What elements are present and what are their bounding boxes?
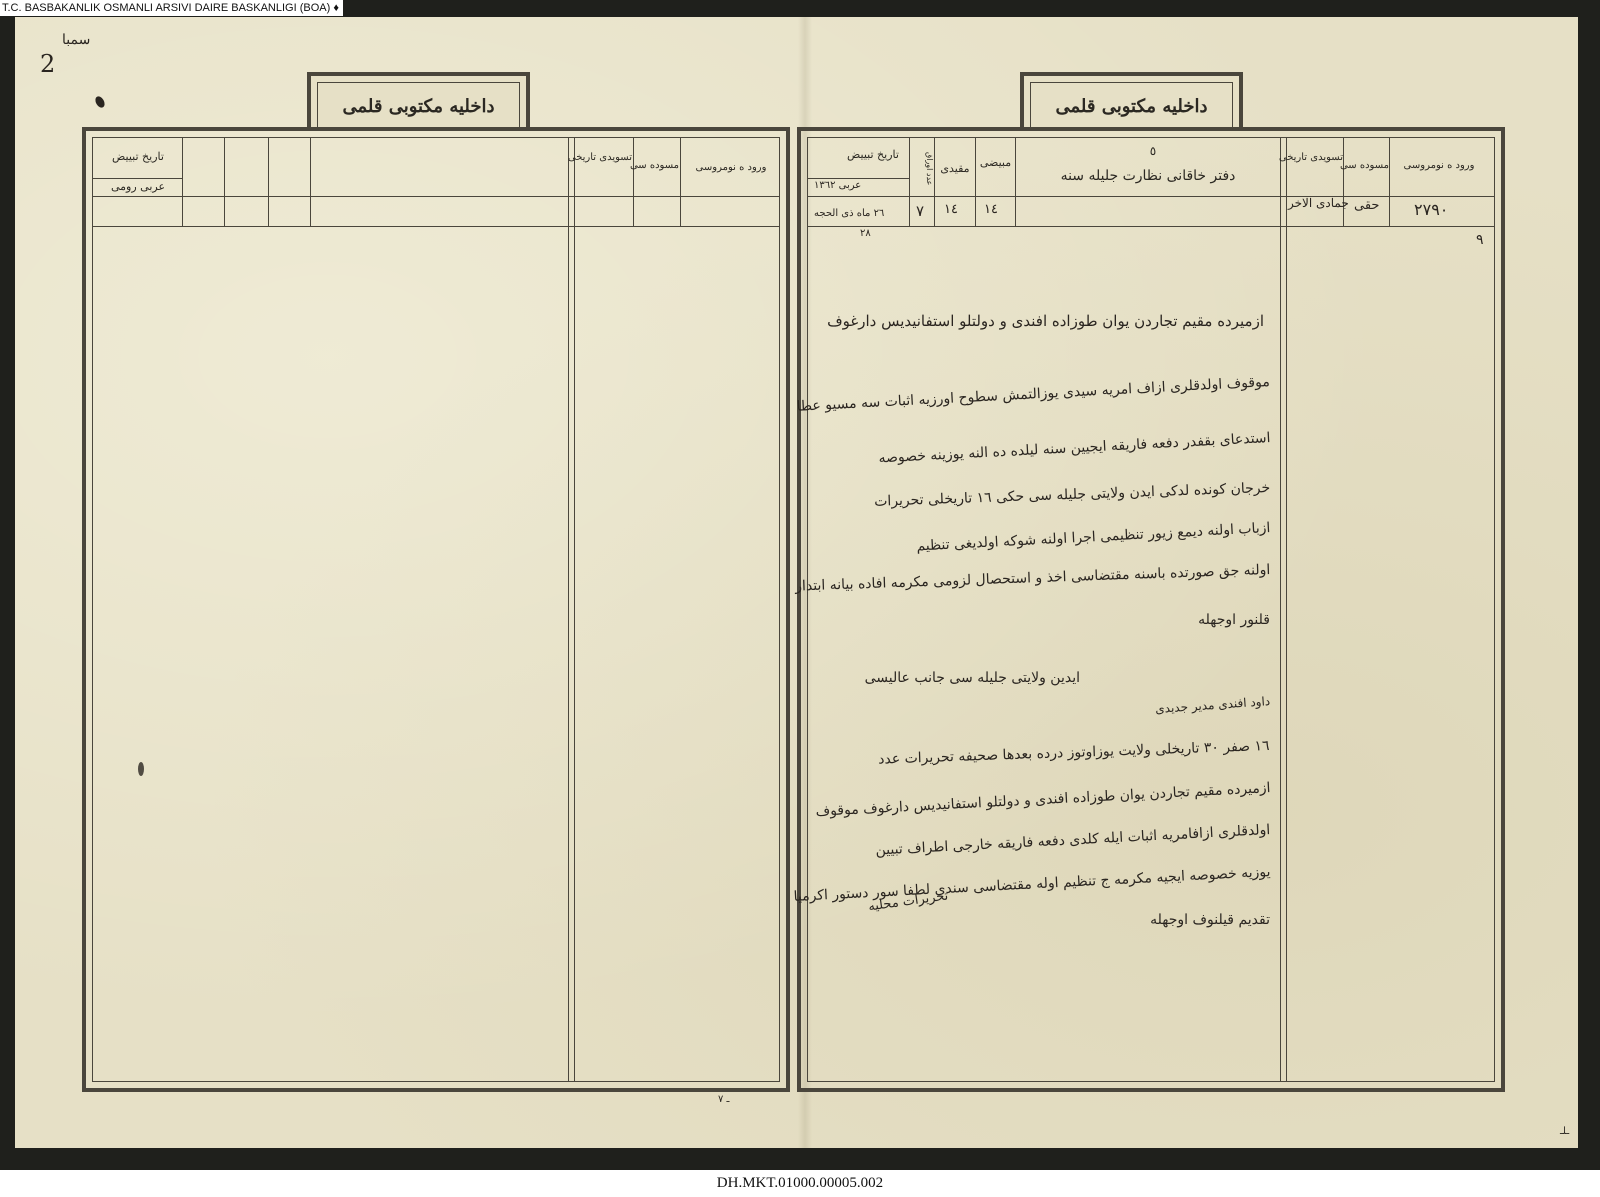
column-divider xyxy=(1280,138,1281,1081)
left-header-row xyxy=(93,138,779,227)
col-mubeyyiz-header: مبیضی xyxy=(976,156,1015,169)
date-value-1: عربی ١٣٦٢ xyxy=(814,180,861,191)
col-musvedde-header: مسوده سی xyxy=(634,160,679,171)
divider xyxy=(310,138,311,226)
col-musvedde-header: مسوده سی xyxy=(1344,160,1389,171)
divider xyxy=(268,138,269,226)
col-tesvid-header: تسویدی تاریخی xyxy=(1287,152,1343,163)
below-date-number: ٢٨ xyxy=(860,228,871,239)
date-label-top: تاریخ تبییض xyxy=(838,148,908,161)
left-form-frame: تاریخ تبییض عربی رومی تسویدی تاریخی مسود… xyxy=(82,127,790,1092)
divider xyxy=(808,178,909,179)
divider xyxy=(224,138,225,226)
divider xyxy=(182,138,183,226)
divider xyxy=(808,196,1494,197)
divider xyxy=(975,138,976,226)
divider xyxy=(1015,138,1016,226)
date-label-bottom: عربی رومی xyxy=(97,180,179,193)
divider xyxy=(93,178,182,179)
musvedde-value: حقی xyxy=(1354,198,1379,213)
top-left-note: سمبا xyxy=(62,32,90,48)
tesvid-value: جمادی الاخر xyxy=(1288,196,1349,210)
mukayyid-value: ١٤ xyxy=(944,202,958,217)
addressee: ایدین ولایتی جلیله سی جانب عالیسی xyxy=(865,670,1080,686)
subject-mark: ٥ xyxy=(1138,144,1168,158)
archive-caption: T.C. BASBAKANLIK OSMANLI ARSIVI DAIRE BA… xyxy=(0,0,343,16)
left-form-inner: تاریخ تبییض عربی رومی تسویدی تاریخی مسود… xyxy=(92,137,780,1082)
right-form-inner: تاریخ تبییض عدد اوراق مقیدی مبیضی ٥ دفتر… xyxy=(807,137,1495,1082)
divider xyxy=(93,196,779,197)
col-small-1-value: ٧ xyxy=(916,202,924,220)
body-line: قلنور اوجهله xyxy=(1198,612,1270,628)
divider xyxy=(1389,138,1390,226)
mubeyyiz-value: ١٤ xyxy=(984,202,998,217)
col-tesvid-header: تسویدی تاریخی xyxy=(576,152,632,163)
right-form-frame: تاریخ تبییض عدد اوراق مقیدی مبیضی ٥ دفتر… xyxy=(797,127,1505,1092)
left-title-tab: داخلیه مکتوبی قلمی xyxy=(307,72,530,130)
column-divider xyxy=(568,138,569,1081)
body-line: ازمیرده مقیم تجاردن یوان طوزاده افندی و … xyxy=(827,312,1264,330)
col-mukayyid-header: مقیدی xyxy=(935,162,975,175)
right-page-title: داخلیه مکتوبی قلمی xyxy=(1055,96,1207,117)
column-divider xyxy=(574,138,575,1081)
date-value-2: ٢٦ ماه ذی الحجه xyxy=(814,208,884,219)
divider xyxy=(633,138,634,226)
col-evrak-no-header: ورود ه نومروسی xyxy=(1390,160,1488,171)
reference-code: DH.MKT.01000.00005.002 xyxy=(0,1172,1600,1194)
corner-mark: ـلـ xyxy=(1560,1126,1569,1137)
divider xyxy=(1343,138,1344,226)
left-footer-mark: ـ ٧ xyxy=(718,1094,729,1105)
divider xyxy=(934,138,935,226)
body-line-2: تقدیم قیلنوف اوجهله xyxy=(1150,912,1270,928)
column-divider xyxy=(1286,138,1287,1081)
left-page-title: داخلیه مکتوبی قلمی xyxy=(342,96,494,117)
evrak-no-value: ٢٧٩٠ xyxy=(1414,200,1448,219)
page-number: 2 xyxy=(40,50,55,78)
divider xyxy=(680,138,681,226)
right-title-tab: داخلیه مکتوبی قلمی xyxy=(1020,72,1243,130)
margin-number: ٩ xyxy=(1476,232,1484,248)
date-label-top: تاریخ تبییض xyxy=(97,150,179,163)
subject-text: دفتر خاقانی نظارت جلیله سنه xyxy=(1038,168,1258,184)
col-small-1-header: عدد اوراق xyxy=(910,152,934,185)
col-evrak-no-header: ورود ه نومروسی xyxy=(681,162,781,173)
